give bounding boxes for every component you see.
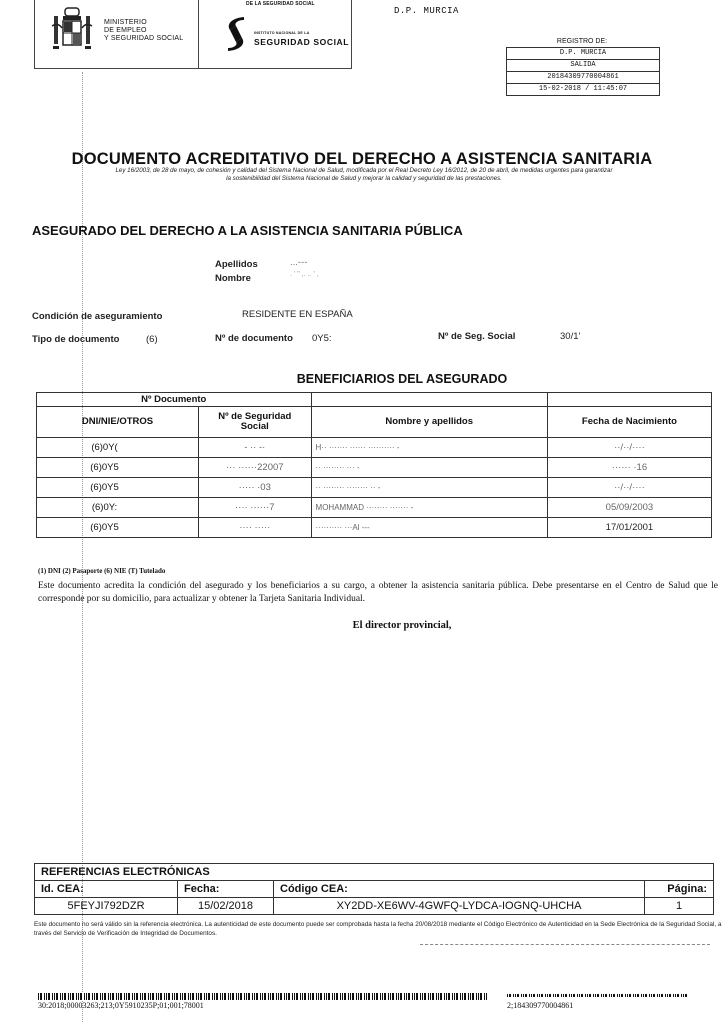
cell-ss: ···· ······7 (199, 498, 312, 518)
cell-date: 17/01/2001 (547, 518, 711, 538)
id-cea-label: Id. CEA: (35, 881, 178, 898)
provincial-office: D.P. MURCIA (394, 6, 459, 16)
col-seg-social: Nº de Seguridad Social (199, 407, 312, 438)
table-row: (6)0Y( - ·· -· H·· ······· ······ ······… (37, 438, 712, 458)
cell-date: ··/··/···· (547, 438, 711, 458)
cell-ss: - ·· -· (199, 438, 312, 458)
table-row: (6)0Y5 ··· ······22007 ·· ········ ··· -… (37, 458, 712, 478)
inss-small-text: INSTITUTO NACIONAL DE LA (254, 31, 309, 35)
tesoreria-text: DE LA SEGURIDAD SOCIAL (246, 1, 315, 7)
group-header-empty-2 (547, 393, 711, 407)
ministry-line-2: DE EMPLEO (104, 27, 183, 35)
cell-date: 05/09/2003 (547, 498, 711, 518)
registro-type: SALIDA (507, 60, 659, 72)
ministry-line-3: Y SEGURIDAD SOCIAL (104, 35, 183, 43)
pagina-label: Página: (645, 881, 713, 898)
cell-doc: (6)0Y( (37, 438, 199, 458)
legal-basis-line-2: la sostenibilidad del Sistema Nacional d… (8, 175, 720, 183)
numero-documento-value: 0Y5: (312, 333, 332, 344)
barcode-left-text: 30:2018;00003263;213;0Y5910235P;01;001;7… (38, 1001, 204, 1010)
barcode-right-icon (507, 994, 689, 997)
legal-basis-line-1: Ley 16/2003, de 28 de mayo, de cohesión … (8, 167, 720, 175)
col-dni-nie: DNI/NIE/OTROS (37, 407, 199, 438)
beneficiaries-title: BENEFICIARIOS DEL ASEGURADO (0, 372, 724, 386)
cell-date: ··/··/···· (547, 478, 711, 498)
cell-ss: ··· ······22007 (199, 458, 312, 478)
registro-datetime: 15-02-2018 / 11:45:07 (507, 84, 659, 95)
barcode-left-icon (38, 993, 488, 1000)
cell-ss: ····· ·03 (199, 478, 312, 498)
codigo-cea-value: XY2DD-XE6WV-4GWFQ-LYDCA-IOGNQ-UHCHA (274, 898, 645, 914)
condicion-value: RESIDENTE EN ESPAÑA (242, 309, 353, 320)
fecha-label: Fecha: (178, 881, 274, 898)
cell-doc: (6)0Y5 (37, 458, 199, 478)
seg-social-value: 30/1' (560, 331, 580, 342)
codigo-cea-label: Código CEA: (274, 881, 645, 898)
registro-box: D.P. MURCIA SALIDA 20184309770004861 15-… (506, 47, 660, 96)
apellidos-label: Apellidos (215, 259, 258, 270)
tipo-documento-label: Tipo de documento (32, 334, 119, 345)
condicion-label: Condición de aseguramiento (32, 311, 162, 322)
ministry-line-1: MINISTERIO (104, 19, 183, 27)
col-fecha-nacimiento: Fecha de Nacimiento (547, 407, 711, 438)
dashed-rule (420, 944, 710, 946)
cell-ss: ···· ····· (199, 518, 312, 538)
nombre-label: Nombre (215, 273, 251, 284)
references-title: REFERENCIAS ELECTRÓNICAS (35, 864, 713, 881)
cell-name: H·· ······· ······ ·········· - (311, 438, 547, 458)
table-row: (6)0Y5 ····· ·03 ·· ········ ········ ··… (37, 478, 712, 498)
barcode-right-text: 2;184309770004861 (507, 1001, 573, 1010)
document-type-legend: (1) DNI (2) Pasaporte (6) NIE (T) Tutela… (38, 567, 165, 575)
ministry-name: MINISTERIO DE EMPLEO Y SEGURIDAD SOCIAL (104, 19, 183, 43)
registro-label: REGISTRO DE: (506, 38, 658, 45)
apellidos-value: ...--- (290, 257, 307, 268)
registro-office: D.P. MURCIA (507, 48, 659, 60)
id-cea-value: 5FEYJI792DZR (35, 898, 178, 914)
signature-director: El director provincial, (0, 620, 724, 631)
references-grid: Id. CEA: Fecha: Código CEA: Página: 5FEY… (35, 881, 713, 914)
cell-name: ·· ········ ··· - (311, 458, 547, 478)
table-row: (6)0Y5 ···· ····· ·········· ···Al --- 1… (37, 518, 712, 538)
fecha-value: 15/02/2018 (178, 898, 274, 914)
seg-social-label: Nº de Seg. Social (438, 331, 515, 342)
validity-footnote: Este documento no será válido sin la ref… (34, 920, 724, 938)
cell-doc: (6)0Y5 (37, 518, 199, 538)
inss-name: SEGURIDAD SOCIAL (254, 37, 349, 47)
document-legal-basis: Ley 16/2003, de 28 de mayo, de cohesión … (8, 167, 720, 183)
beneficiaries-table: Nº Documento DNI/NIE/OTROS Nº de Segurid… (36, 392, 712, 538)
col-nombre: Nombre y apellidos (311, 407, 547, 438)
coat-of-arms-icon (50, 6, 94, 52)
cell-name: ·· ········ ········ ·· - (311, 478, 547, 498)
nombre-value: . ' '' ,. .. ' , (290, 271, 319, 278)
cell-name: ·········· ···Al --- (311, 518, 547, 538)
cell-date: ······ ·16 (547, 458, 711, 478)
cell-name: MOHAMMAD ········ ······· - (311, 498, 547, 518)
table-row: (6)0Y: ···· ······7 MOHAMMAD ········ ··… (37, 498, 712, 518)
group-header-documento: Nº Documento (37, 393, 312, 407)
insured-section-title: ASEGURADO DEL DERECHO A LA ASISTENCIA SA… (32, 223, 463, 238)
cell-doc: (6)0Y: (37, 498, 199, 518)
numero-documento-label: Nº de documento (215, 333, 293, 344)
group-header-empty (311, 393, 547, 407)
cell-doc: (6)0Y5 (37, 478, 199, 498)
electronic-references-box: REFERENCIAS ELECTRÓNICAS Id. CEA: Fecha:… (34, 863, 714, 915)
tipo-documento-value: (6) (146, 334, 158, 345)
pagina-value: 1 (645, 898, 713, 914)
registro-number: 20184309770004861 (507, 72, 659, 84)
accreditation-paragraph: Este documento acredita la condición del… (38, 580, 718, 606)
seguridad-social-s-logo-icon (222, 14, 250, 54)
logo-divider (198, 0, 199, 69)
